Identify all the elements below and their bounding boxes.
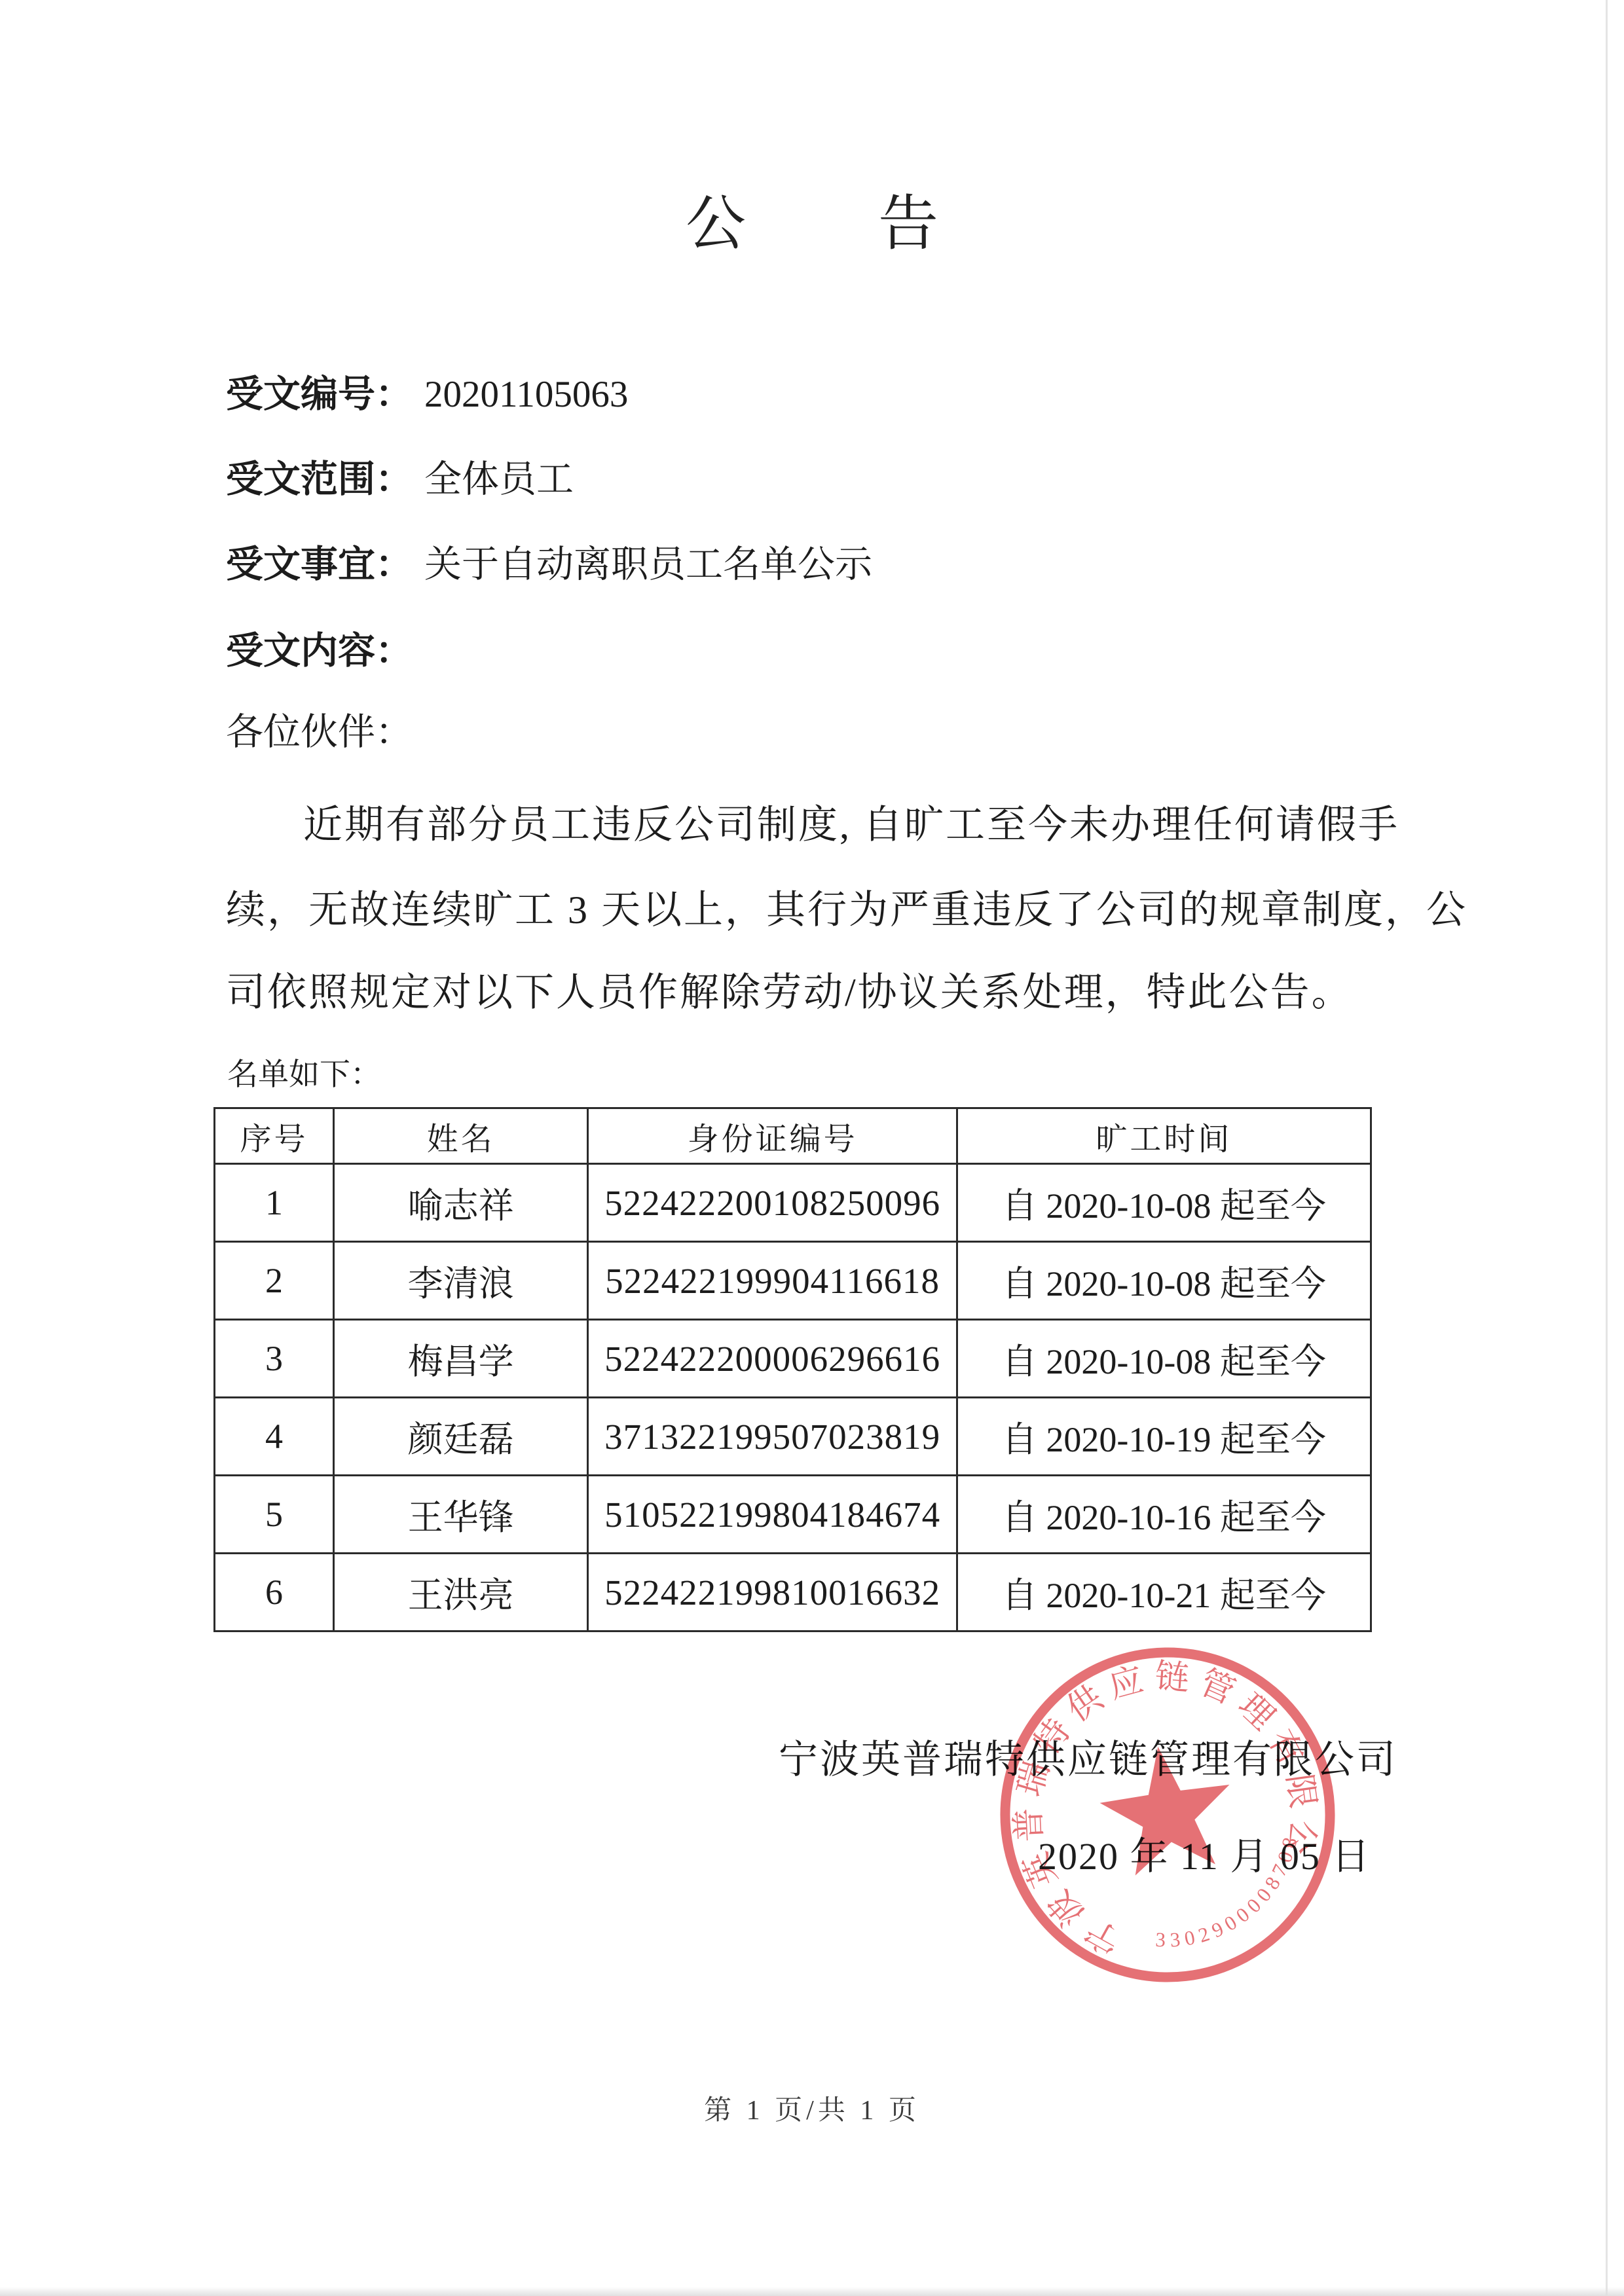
cell-name: 颜廷磊 (333, 1398, 588, 1476)
cell-index: 1 (215, 1164, 334, 1242)
cell-absence-period: 自 2020-10-08 起至今 (957, 1164, 1371, 1242)
cell-name: 喻志祥 (333, 1164, 588, 1242)
meta-value-doc-number: 20201105063 (424, 374, 628, 415)
cell-absence-period: 自 2020-10-08 起至今 (957, 1320, 1371, 1398)
cell-absence-period: 自 2020-10-21 起至今 (957, 1554, 1371, 1631)
meta-line-content: 受文内容： (226, 621, 424, 674)
table-row: 5 王华锋 510522199804184674 自 2020-10-16 起至… (215, 1476, 1371, 1554)
table-row: 4 颜廷磊 371322199507023819 自 2020-10-19 起至… (215, 1398, 1371, 1476)
meta-value-subject: 关于自动离职员工名单公示 (424, 544, 872, 585)
salutation: 各位伙伴： (226, 702, 413, 756)
scan-edge-line (1606, 0, 1608, 2296)
meta-label-doc-number: 受文编号： (226, 374, 413, 415)
body-paragraph-line-3: 司依照规定对以下人员作解除劳动/协议关系处理，特此公告。 (226, 961, 1382, 1017)
seal-star-icon (1093, 1738, 1240, 1879)
list-intro: 名单如下： (227, 1050, 381, 1094)
table-row: 1 喻志祥 522422200108250096 自 2020-10-08 起至… (215, 1164, 1371, 1242)
company-seal-stamp: 宁波英普瑞特供应链管理有限公司 3302900008708 (984, 1631, 1351, 1998)
document-title: 公 告 (0, 175, 1624, 262)
cell-name: 李清浪 (333, 1242, 588, 1320)
table-header-row: 序号 姓名 身份证编号 旷工时间 (215, 1108, 1371, 1164)
cell-id-number: 522422200006296616 (588, 1320, 957, 1398)
col-header-name: 姓名 (333, 1108, 588, 1164)
announcement-page: { "title": "公 告", "meta": { "items": [ {… (0, 0, 1624, 2296)
cell-id-number: 522422200108250096 (588, 1164, 957, 1242)
cell-index: 2 (215, 1242, 334, 1320)
cell-name: 王洪亮 (333, 1554, 588, 1631)
table-row: 2 李清浪 522422199904116618 自 2020-10-08 起至… (215, 1242, 1371, 1320)
meta-line-scope: 受文范围：全体员工 (226, 449, 574, 503)
meta-value-scope: 全体员工 (424, 459, 574, 500)
col-header-index: 序号 (215, 1108, 334, 1164)
cell-id-number: 522422199810016632 (588, 1554, 957, 1631)
cell-name: 梅昌学 (333, 1320, 588, 1398)
cell-id-number: 522422199904116618 (588, 1242, 957, 1320)
cell-index: 5 (215, 1476, 334, 1554)
body-paragraph-line-1: 近期有部分员工违反公司制度, 自旷工至今未办理任何请假手 (226, 793, 1382, 850)
meta-label-content: 受文内容： (226, 630, 413, 672)
dismissed-employees-table: 序号 姓名 身份证编号 旷工时间 1 喻志祥 52242220010825009… (213, 1107, 1372, 1632)
table-row: 3 梅昌学 522422200006296616 自 2020-10-08 起至… (215, 1320, 1371, 1398)
cell-absence-period: 自 2020-10-16 起至今 (957, 1476, 1371, 1554)
meta-line-subject: 受文事宜：关于自动离职员工名单公示 (226, 534, 872, 588)
cell-absence-period: 自 2020-10-19 起至今 (957, 1398, 1371, 1476)
cell-index: 3 (215, 1320, 334, 1398)
cell-absence-period: 自 2020-10-08 起至今 (957, 1242, 1371, 1320)
cell-id-number: 371322199507023819 (588, 1398, 957, 1476)
meta-line-doc-number: 受文编号：20201105063 (226, 364, 628, 418)
cell-index: 4 (215, 1398, 334, 1476)
cell-index: 6 (215, 1554, 334, 1631)
meta-label-scope: 受文范围： (226, 459, 413, 500)
meta-label-subject: 受文事宜： (226, 544, 413, 585)
col-header-absence-period: 旷工时间 (957, 1108, 1371, 1164)
scan-bottom-shadow (0, 2287, 1624, 2296)
cell-id-number: 510522199804184674 (588, 1476, 957, 1554)
page-number-indicator: 第 1 页/共 1 页 (0, 2088, 1624, 2128)
table-row: 6 王洪亮 522422199810016632 自 2020-10-21 起至… (215, 1554, 1371, 1631)
col-header-id-number: 身份证编号 (588, 1108, 957, 1164)
cell-name: 王华锋 (333, 1476, 588, 1554)
body-paragraph-line-2: 续，无故连续旷工 3 天以上，其行为严重违反了公司的规章制度，公 (226, 879, 1382, 935)
